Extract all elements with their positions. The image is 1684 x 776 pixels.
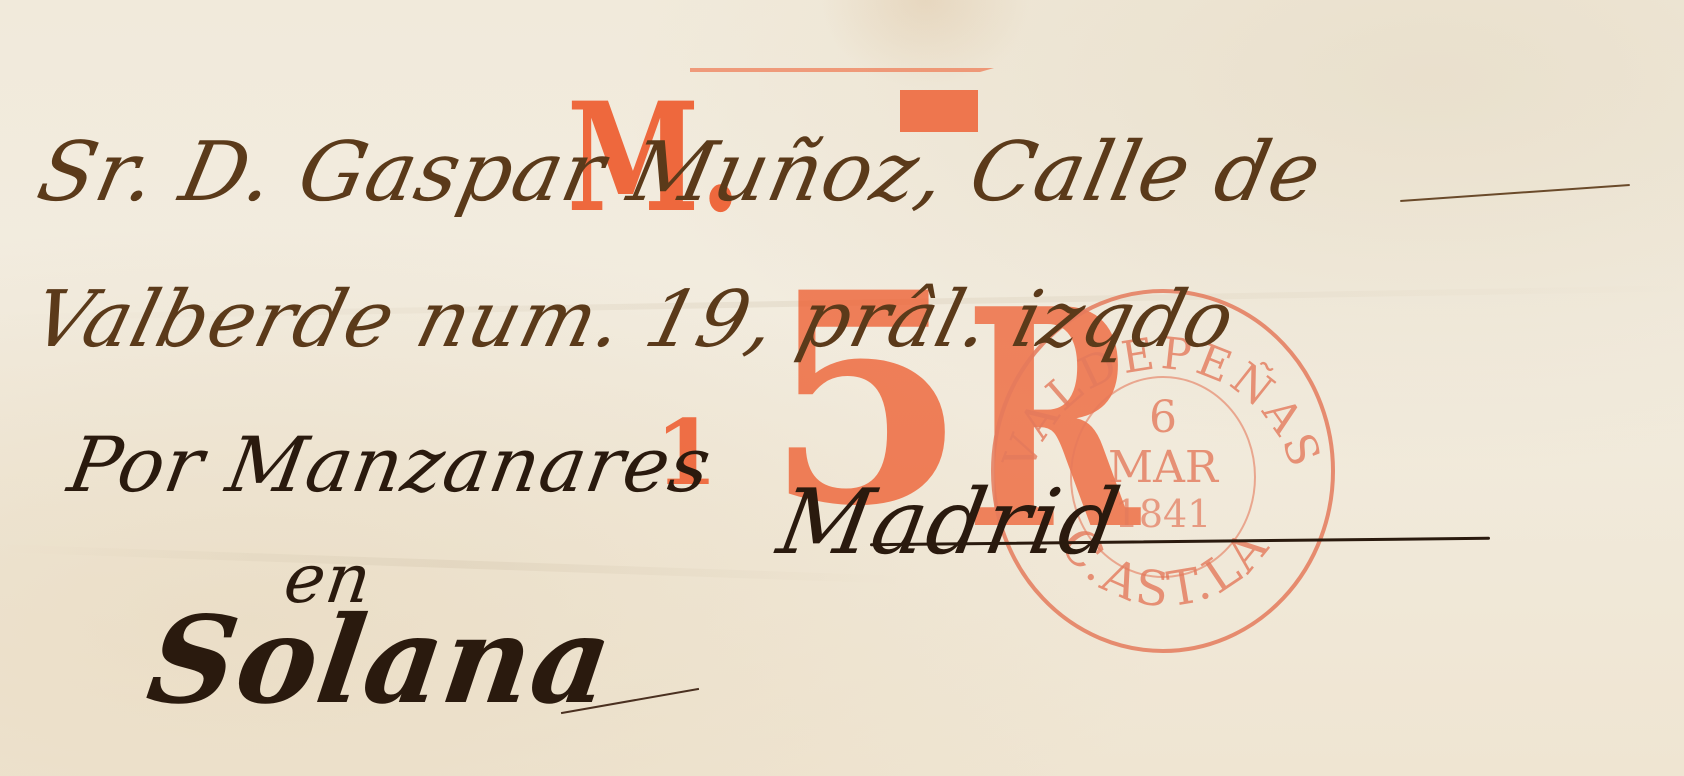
address-line-2: Valberde num. 19, prâl. izqdo [24, 275, 1244, 365]
postmark-day: 6 [1149, 392, 1177, 443]
address-line-5: Solana [140, 590, 621, 731]
letter-cover: M. 1 5 R VALDEPEÑAS C.AST.LA 6 MAR 1841 … [0, 0, 1684, 776]
address-line-1: Sr. D. Gaspar Muñoz, Calle de [30, 125, 1330, 220]
underline-stroke [1400, 184, 1630, 202]
postmark-year: 1841 [1115, 492, 1212, 536]
address-line-3: Por Manzanares [62, 420, 718, 509]
address-crossed-out-destination: Madrid [771, 470, 1128, 575]
